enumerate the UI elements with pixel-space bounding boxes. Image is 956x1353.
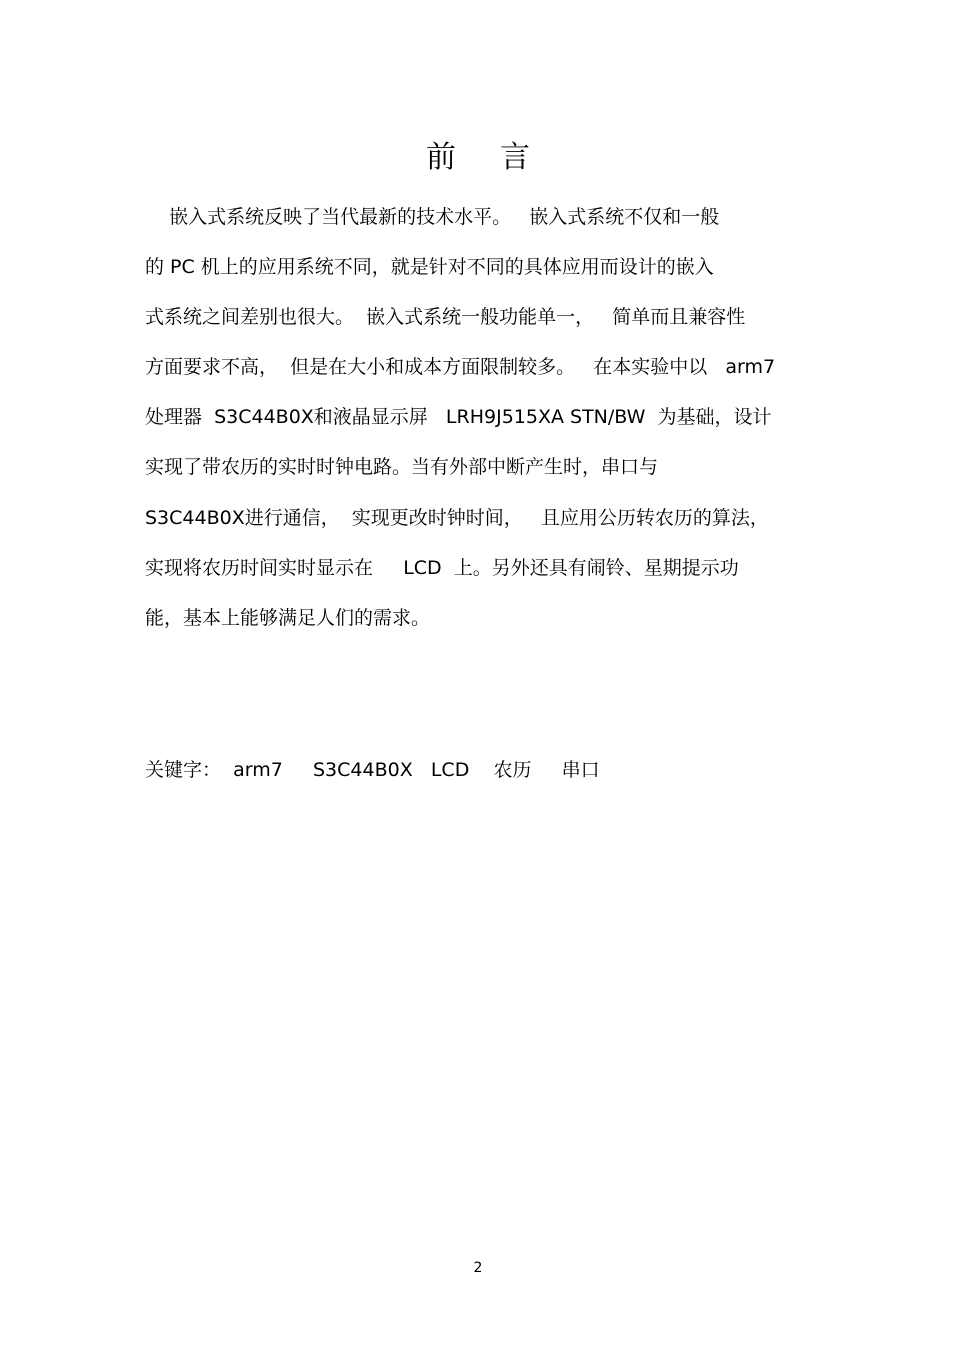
paragraph-line-3: 式系统之间差别也很大。 嵌入式系统一般功能单一， 简单而且兼容性 <box>145 304 745 330</box>
paragraph-line-5: 处理器 S3C44B0X和液晶显示屏 LRH9J515XA STN/BW 为基础… <box>145 404 772 430</box>
paragraph-line-7: S3C44B0X进行通信， 实现更改时钟时间， 且应用公历转农历的算法， <box>145 505 769 531</box>
paragraph-line-1: 嵌入式系统反映了当代最新的技术水平。 嵌入式系统不仅和一般 <box>145 204 719 230</box>
page-number: 2 <box>0 1259 956 1277</box>
paragraph-line-2: 的 PC 机上的应用系统不同，就是针对不同的具体应用而设计的嵌入 <box>145 254 714 280</box>
paragraph-line-4: 方面要求不高， 但是在大小和成本方面限制较多。 在本实验中以 arm7 <box>145 354 775 380</box>
paragraph-line-6: 实现了带农历的实时时钟电路。当有外部中断产生时，串口与 <box>145 454 658 480</box>
paragraph-line-9: 能，基本上能够满足人们的需求。 <box>145 605 430 631</box>
keywords-line: 关键字： arm7 S3C44B0X LCD 农历 串口 <box>145 757 600 783</box>
title-char-1: 前 <box>426 140 456 175</box>
paragraph-line-8: 实现将农历时间实时显示在 LCD 上。另外还具有闹铃、星期提示功 <box>145 555 739 581</box>
title-char-2: 言 <box>500 140 530 175</box>
page-title: 前言 <box>0 138 956 178</box>
document-page: 前言 嵌入式系统反映了当代最新的技术水平。 嵌入式系统不仅和一般 的 PC 机上… <box>0 0 956 1353</box>
